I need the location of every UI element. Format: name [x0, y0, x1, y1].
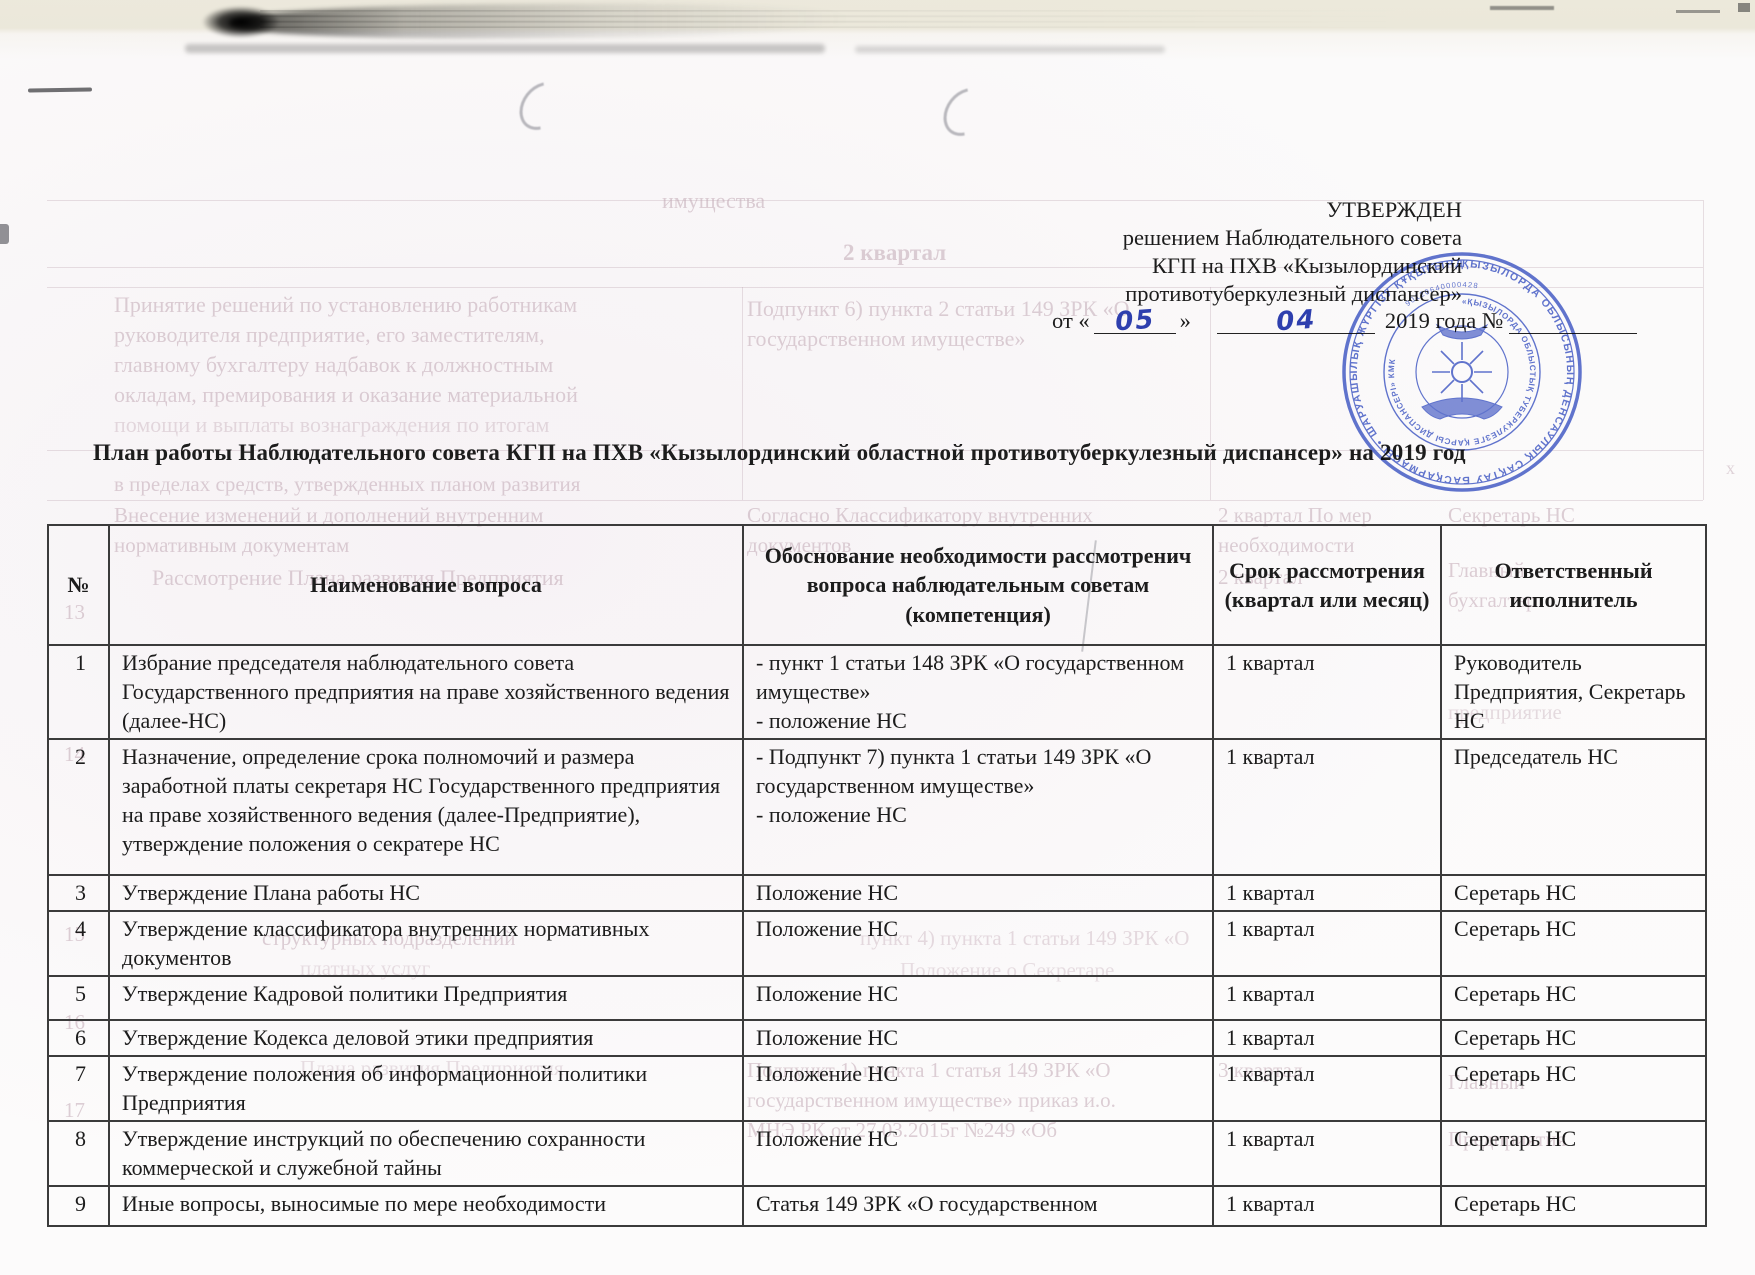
row-number: 9 — [48, 1186, 109, 1226]
row-number: 7 — [48, 1056, 109, 1121]
page-title: План работы Наблюдательного совета КГП н… — [93, 440, 1466, 466]
row-number: 6 — [48, 1020, 109, 1056]
row-number: 3 — [48, 875, 109, 911]
table-row: 9Иные вопросы, выносимые по мере необход… — [48, 1186, 1706, 1226]
plan-table: № Наименование вопроса Обоснование необх… — [47, 524, 1707, 1227]
cell-question: Избрание председателя наблюдательного со… — [109, 645, 743, 739]
cell-responsible: Серетарь НС — [1441, 1056, 1706, 1121]
plan-table-body: 1Избрание председателя наблюдательного с… — [48, 645, 1706, 1226]
cell-question: Утверждение положения об информационной … — [109, 1056, 743, 1121]
table-row: 5Утверждение Кадровой политики Предприят… — [48, 976, 1706, 1020]
table-row: 7Утверждение положения об информационной… — [48, 1056, 1706, 1121]
handwritten-month: 04 — [1275, 305, 1317, 338]
table-row: 6Утверждение Кодекса деловой этики предп… — [48, 1020, 1706, 1056]
row-number: 2 — [48, 739, 109, 875]
approval-label: УТВЕРЖДЕН — [1123, 196, 1462, 224]
cell-term: 1 квартал — [1213, 911, 1441, 976]
header-term: Срок рассмотрения (квартал или месяц) — [1213, 525, 1441, 645]
cell-question: Утверждение Кодекса деловой этики предпр… — [109, 1020, 743, 1056]
table-row: 2Назначение, определение срока полномочи… — [48, 739, 1706, 875]
cell-responsible: Серетарь НС — [1441, 1121, 1706, 1186]
official-round-stamp: ҚЫЗЫЛОРДА ОБЛЫСЫНЫҢ ДЕНСАУЛЫҚ САҚТАУ БАС… — [1337, 247, 1587, 497]
cell-responsible: Серетарь НС — [1441, 911, 1706, 976]
cell-question: Утверждение инструкций по обеспечению со… — [109, 1121, 743, 1186]
cell-justification: Положение НС — [743, 976, 1213, 1020]
date-prefix: от « — [1052, 308, 1090, 334]
date-quote-close: » — [1180, 308, 1191, 334]
handwritten-day: 05 — [1114, 305, 1156, 338]
cell-term: 1 квартал — [1213, 1186, 1441, 1226]
cell-question: Утверждение классификатора внутренних но… — [109, 911, 743, 976]
cell-responsible: Руководитель Предприятия, Секретарь НС — [1441, 645, 1706, 739]
table-row: 4Утверждение классификатора внутренних н… — [48, 911, 1706, 976]
cell-responsible: Серетарь НС — [1441, 976, 1706, 1020]
document-content: УТВЕРЖДЕН решением Наблюдательного совет… — [0, 0, 1755, 1275]
cell-question: Утверждение Кадровой политики Предприяти… — [109, 976, 743, 1020]
cell-responsible: Председатель НС — [1441, 739, 1706, 875]
cell-justification: Положение НС — [743, 1121, 1213, 1186]
cell-justification: - Подпункт 7) пункта 1 статьи 149 ЗРК «О… — [743, 739, 1213, 875]
header-question: Наименование вопроса — [109, 525, 743, 645]
cell-term: 1 квартал — [1213, 976, 1441, 1020]
cell-justification: Положение НС — [743, 911, 1213, 976]
table-row: 1Избрание председателя наблюдательного с… — [48, 645, 1706, 739]
cell-responsible: Серетарь НС — [1441, 1020, 1706, 1056]
row-number: 4 — [48, 911, 109, 976]
cell-term: 1 квартал — [1213, 1056, 1441, 1121]
row-number: 5 — [48, 976, 109, 1020]
stamp-inner-ring-text: «ҚЫЗЫЛОРДА ОБЛЫСТЫҚ ТУБЕРКУЛЕЗГЕ ҚАРСЫ Д… — [1387, 297, 1537, 447]
cell-justification: Статья 149 ЗРК «О государственном — [743, 1186, 1213, 1226]
cell-term: 1 квартал — [1213, 875, 1441, 911]
svg-text:«ҚЫЗЫЛОРДА ОБЛЫСТЫҚ ТУБЕРКУЛЕЗ: «ҚЫЗЫЛОРДА ОБЛЫСТЫҚ ТУБЕРКУЛЕЗГЕ ҚАРСЫ Д… — [1387, 297, 1537, 447]
cell-responsible: Серетарь НС — [1441, 875, 1706, 911]
cell-responsible: Серетарь НС — [1441, 1186, 1706, 1226]
header-responsible: Ответственный исполнитель — [1441, 525, 1706, 645]
cell-justification: Положение НС — [743, 1056, 1213, 1121]
cell-justification: - пункт 1 статьи 148 ЗРК «О государствен… — [743, 645, 1213, 739]
row-number: 1 — [48, 645, 109, 739]
scanned-document-page: имущества2 кварталПринятие решений по ус… — [0, 0, 1755, 1275]
cell-question: Назначение, определение срока полномочий… — [109, 739, 743, 875]
header-num: № — [48, 525, 109, 645]
cell-justification: Положение НС — [743, 1020, 1213, 1056]
row-number: 8 — [48, 1121, 109, 1186]
cell-term: 1 квартал — [1213, 739, 1441, 875]
cell-question: Иные вопросы, выносимые по мере необходи… — [109, 1186, 743, 1226]
table-row: 8Утверждение инструкций по обеспечению с… — [48, 1121, 1706, 1186]
date-day-underline: 05 — [1094, 303, 1176, 334]
cell-term: 1 квартал — [1213, 1121, 1441, 1186]
cell-term: 1 квартал — [1213, 645, 1441, 739]
cell-justification: Положение НС — [743, 875, 1213, 911]
table-header-row: № Наименование вопроса Обоснование необх… — [48, 525, 1706, 645]
cell-question: Утверждение Плана работы НС — [109, 875, 743, 911]
table-row: 3Утверждение Плана работы НСПоложение НС… — [48, 875, 1706, 911]
stamp-emblem — [1422, 325, 1502, 419]
header-justification: Обоснование необходимости рассмотренич в… — [743, 525, 1213, 645]
cell-term: 1 квартал — [1213, 1020, 1441, 1056]
